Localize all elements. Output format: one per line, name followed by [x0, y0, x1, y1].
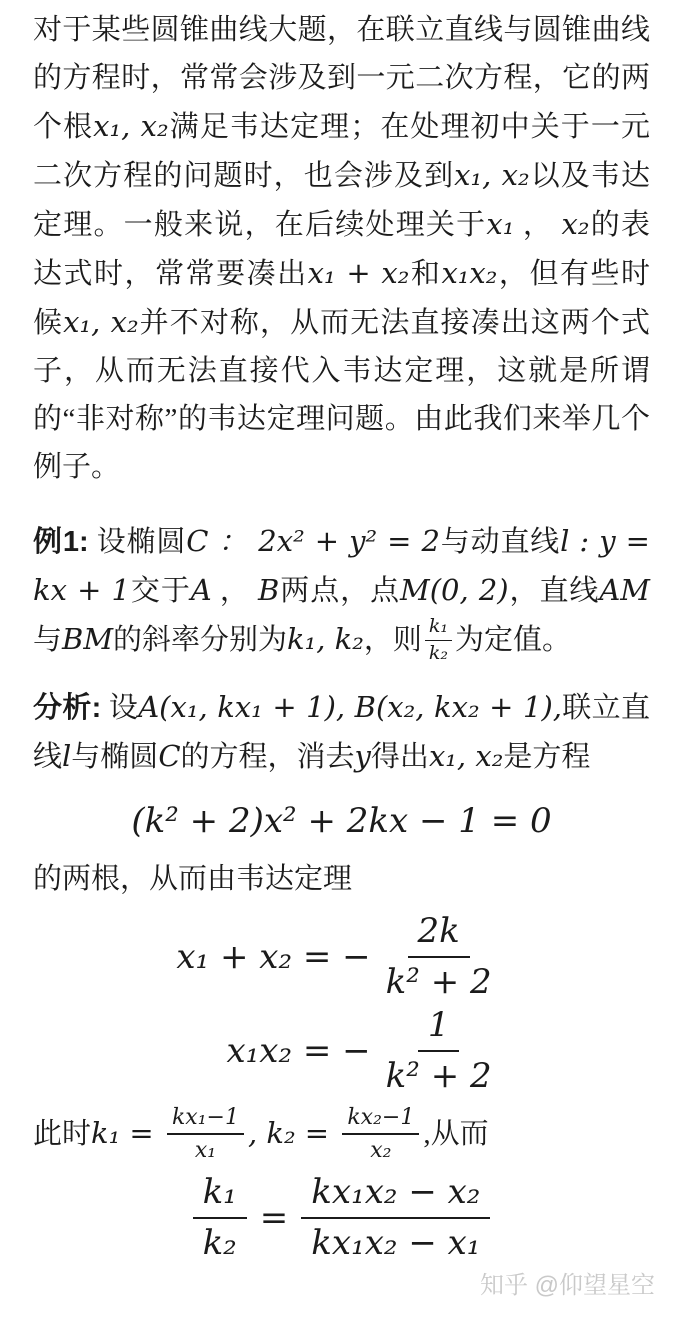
math-run: y — [355, 739, 371, 773]
math-run: A(x₁, kx₁ + 1), B(x₂, kx₂ + 1), — [138, 690, 562, 724]
math-run: x₁, x₂ — [429, 739, 503, 773]
fraction-denominator: k₂ — [425, 641, 452, 665]
text-run: ， — [212, 575, 258, 607]
example1-paragraph: 例1: 设椭圆C ： 2x² + y² = 2与动直线l : y = kx + … — [33, 517, 650, 667]
text-run: 设 — [101, 692, 138, 724]
fraction-numerator: k₁ — [425, 616, 452, 641]
text-run: 与动直线 — [440, 526, 560, 558]
zhihu-watermark: 知乎 @仰望星空 — [480, 1265, 655, 1300]
math-run: C ： 2x² + y² = 2 — [186, 524, 440, 558]
fraction-numerator: 1 — [418, 1005, 460, 1052]
slope-definitions: 此时k₁ = kx₁−1x₁, k₂ = kx₂−1x₂,从而 — [33, 1107, 650, 1166]
math-run: C — [158, 739, 180, 773]
vieta-sum-lhs: x₁ + x₂ = − — [176, 937, 370, 977]
fraction-numerator: kx₁−1 — [167, 1105, 244, 1135]
analysis-paragraph: 分析: 设A(x₁, kx₁ + 1), B(x₂, kx₂ + 1),联立直线… — [33, 683, 650, 781]
math-run: x₁ + x₂ — [308, 256, 410, 290]
text-run: 和 — [409, 258, 441, 290]
fraction-numerator: k₁ — [193, 1172, 247, 1219]
text-run: 为定值。 — [455, 624, 571, 656]
equation-text: (k² + 2)x² + 2kx − 1 = 0 — [131, 801, 551, 841]
math-run: , k₂ = — [248, 1116, 338, 1150]
math-run: B — [258, 573, 279, 607]
text-run: 与 — [33, 624, 62, 656]
article-page: 对于某些圆锥曲线大题，在联立直线与圆锥曲线的方程时，常常会涉及到一元二次方程，它… — [0, 0, 683, 1318]
fraction-denominator: x₁ — [190, 1135, 221, 1163]
math-run: x₂ — [562, 207, 590, 241]
text-run: 的方程，消去 — [181, 741, 355, 773]
ratio-rhs-fraction: kx₁x₂ − x₂kx₁x₂ − x₁ — [301, 1172, 490, 1264]
ratio-lhs-fraction: k₁k₂ — [193, 1172, 247, 1264]
fraction-denominator: x₂ — [365, 1135, 396, 1163]
text-run: 两点，点 — [279, 575, 400, 607]
math-run: k₁, k₂ — [287, 622, 364, 656]
roots-paragraph: 的两根，从而由韦达定理 — [33, 855, 650, 903]
text-run: ,从而 — [423, 1118, 488, 1150]
text-run: 是方程 — [503, 741, 590, 773]
quadratic-equation: (k² + 2)x² + 2kx − 1 = 0 — [0, 801, 683, 841]
math-run: x₁, x₂ — [454, 158, 529, 192]
example1-label: 例1: — [33, 526, 89, 558]
math-run: x₁x₂ — [441, 256, 497, 290]
math-run: k₁ = — [91, 1116, 163, 1150]
slope-ratio-equation: k₁k₂ = kx₁x₂ − x₂kx₁x₂ − x₁ — [0, 1172, 683, 1264]
slope-k2-fraction: kx₂−1x₂ — [342, 1105, 419, 1164]
analysis-label: 分析: — [33, 692, 101, 724]
fraction-denominator: k² + 2 — [376, 1052, 502, 1097]
math-run: A — [191, 573, 212, 607]
math-run: x₁, x₂ — [63, 305, 138, 339]
math-run: x₁ — [486, 207, 514, 241]
math-run: l — [62, 739, 71, 773]
text-run: 设椭圆 — [89, 526, 187, 558]
text-run: 此时 — [33, 1118, 91, 1150]
text-run: ，直线 — [509, 575, 600, 607]
fraction-numerator: 2k — [408, 911, 470, 958]
vieta-equations: x₁ + x₂ = − 2kk² + 2 x₁x₂ = − 1k² + 2 — [0, 911, 683, 1097]
fraction-numerator: kx₂−1 — [342, 1105, 419, 1135]
intro-paragraph: 对于某些圆锥曲线大题，在联立直线与圆锥曲线的方程时，常常会涉及到一元二次方程，它… — [33, 6, 650, 491]
fraction-denominator: k² + 2 — [376, 958, 502, 1003]
math-run: x₁, x₂ — [93, 109, 168, 143]
vieta-product-fraction: 1k² + 2 — [376, 1005, 502, 1097]
fraction-denominator: k₂ — [193, 1219, 247, 1264]
fraction-denominator: kx₁x₂ − x₁ — [301, 1219, 490, 1264]
vieta-sum-fraction: 2kk² + 2 — [376, 911, 502, 1003]
math-run: M(0, 2) — [400, 573, 509, 607]
text-run: 与椭圆 — [71, 741, 158, 773]
text-run: 交于 — [130, 575, 191, 607]
slope-k1-fraction: kx₁−1x₁ — [167, 1105, 244, 1164]
fraction-numerator: kx₁x₂ − x₂ — [301, 1172, 490, 1219]
math-run: AM — [599, 573, 650, 607]
vieta-product-lhs: x₁x₂ = − — [176, 1031, 370, 1071]
inline-fraction-k1-over-k2: k₁k₂ — [425, 616, 452, 665]
text-run: ，则 — [364, 624, 422, 656]
math-run: BM — [62, 622, 113, 656]
text-run: ， — [514, 209, 561, 241]
text-run: 得出 — [371, 741, 429, 773]
equals-sign: = — [260, 1198, 289, 1238]
text-run: 的斜率分别为 — [113, 624, 287, 656]
